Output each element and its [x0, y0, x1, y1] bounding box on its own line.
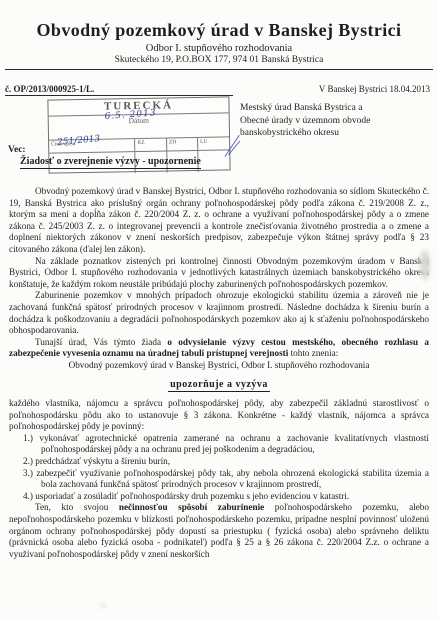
list-item: 1.) vykonávať agrotechnické opatrenia za…: [23, 433, 429, 456]
paragraph-7: Ten, kto svojou nečinnosťou spôsobí zabu…: [9, 502, 429, 560]
list-item-text: usporiadať a zosúladiť poľnohospodársky …: [35, 491, 349, 501]
list-item: 3.) zabezpečiť využívanie poľnohospodárs…: [23, 468, 429, 491]
stamp-col-lu: LU: [198, 137, 229, 150]
list-item: 4.) usporiadať a zosúladiť poľnohospodár…: [23, 491, 429, 503]
list-item-number: 3.): [23, 468, 33, 478]
paragraph-4-pre: Tunajší úrad, Vás týmto žiada: [35, 337, 167, 347]
recipient-line-1: Mestský úrad Banská Bystrica a: [240, 102, 370, 115]
scan-smudge: [100, 604, 106, 607]
list-item: 2.) predchádzať výskytu a šíreniu burín,: [23, 456, 429, 468]
letterhead: Obvodný pozemkový úrad v Banskej Bystric…: [5, 20, 433, 70]
recipient-address: Mestský úrad Banská Bystrica a Obecné úr…: [240, 102, 370, 140]
stamp-col-rz: RZ: [135, 139, 167, 152]
paragraph-1: Obvodný pozemkový úrad v Banskej Bystric…: [9, 186, 429, 256]
page-title: Obvodný pozemkový úrad v Banskej Bystric…: [5, 20, 433, 41]
list-item-number: 1.): [23, 433, 33, 443]
recipient-line-2: Obecné úrady v územnom obvode: [240, 115, 370, 128]
notice-heading: upozorňuje a vyzýva: [9, 379, 429, 391]
subject-line: Žiadosť o zverejnenie výzvy - upozorneni…: [20, 156, 201, 169]
reference-row: č. OP/2013/000925-1/L. V Banskej Bystric…: [5, 84, 432, 96]
paragraph-4: Tunajší úrad, Vás týmto žiada o odvysiel…: [9, 337, 429, 360]
letter-body: Obvodný pozemkový úrad v Banskej Bystric…: [9, 186, 429, 560]
obligations-list: 1.) vykonávať agrotechnické opatrenia za…: [23, 433, 429, 503]
letterhead-address: Skuteckého 19, P.O.BOX 177, 974 01 Bansk…: [5, 55, 433, 65]
list-item-number: 2.): [23, 456, 33, 466]
list-item-number: 4.): [23, 491, 33, 501]
paragraph-3: Zaburinenie pozemkov v mnohých prípadoch…: [9, 290, 429, 336]
scan-smudge: [420, 250, 430, 280]
scanned-letter-page: Obvodný pozemkový úrad v Banskej Bystric…: [0, 0, 438, 620]
stamp-col-zh: ZH: [167, 138, 199, 151]
paragraph-6: každého vlastníka, nájomcu a správcu poľ…: [9, 398, 429, 433]
paragraph-7-bold: nečinnosťou spôsobí zaburinenie: [119, 502, 264, 512]
stamp-and-recipient-block: TURECKÁ Dátum Číslo spisu RZ ZH LU 6.5. …: [0, 98, 438, 182]
list-item-text: zabezpečiť využívanie poľnohospodárskej …: [36, 468, 429, 490]
subject-label: Vec:: [8, 145, 26, 155]
notice-heading-text: upozorňuje a vyzýva: [168, 379, 270, 392]
paragraph-5: Obvodný pozemkový úrad v Banskej Bystric…: [9, 360, 429, 372]
list-item-text: vykonávať agrotechnické opatrenia zamera…: [39, 433, 429, 455]
recipient-line-3: banskobystrického okresu: [240, 127, 370, 140]
paragraph-7-pre: Ten, kto svojou: [35, 502, 119, 512]
paragraph-2: Na základe poznatkov zistených pri kontr…: [9, 256, 429, 291]
list-item-text: predchádzať výskytu a šíreniu burín,: [35, 456, 170, 466]
place-and-date: V Banskej Bystrici 18.04.2013: [319, 84, 430, 94]
reference-number: č. OP/2013/000925-1/L.: [5, 84, 233, 96]
paragraph-4-post: tohto znenia:: [288, 348, 338, 358]
letterhead-department: Odbor I. stupňového rozhodovania: [5, 43, 433, 54]
